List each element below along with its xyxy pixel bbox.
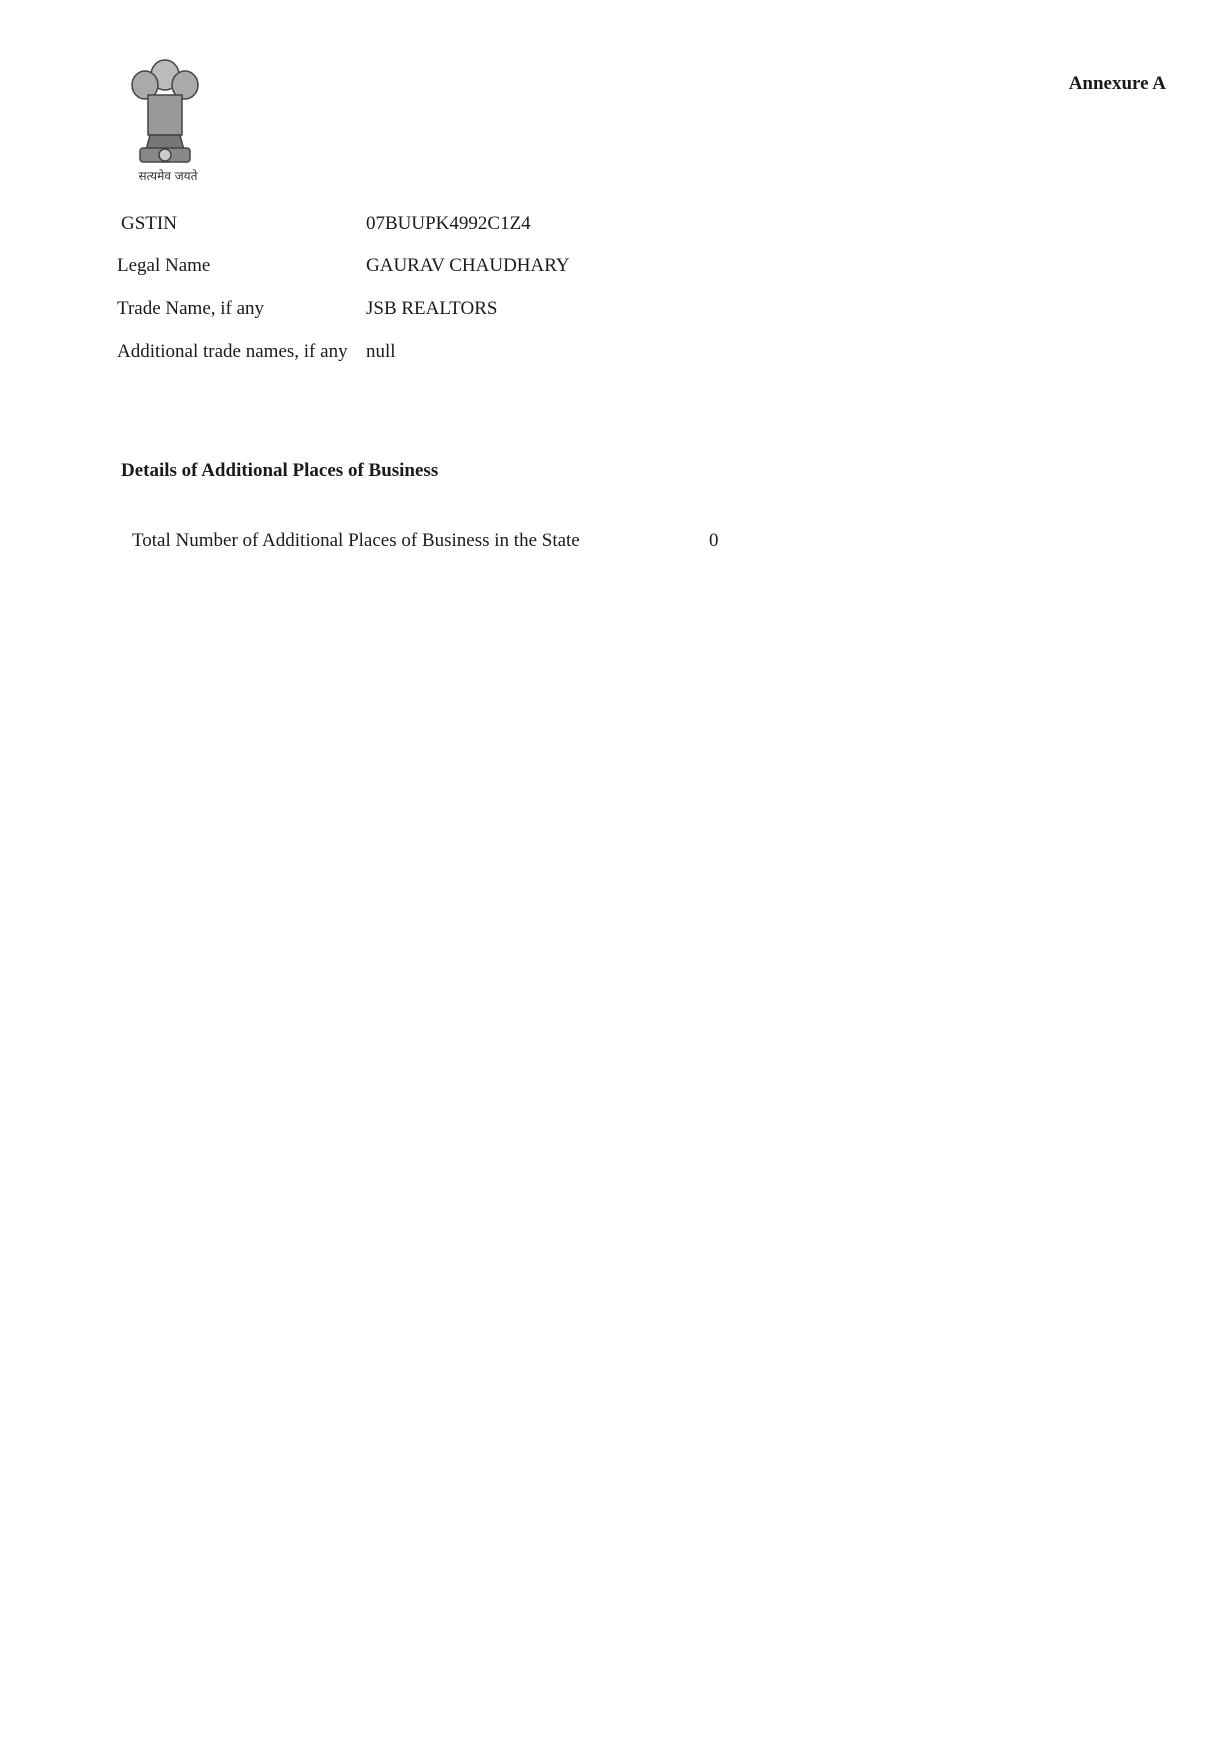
additional-places-count-value: 0 [709,530,719,552]
emblem-motto: सत्यमेव जयते [128,167,208,184]
legal-name-label: Legal Name [117,255,357,277]
gstin-label: GSTIN [121,213,361,235]
gstin-value: 07BUUPK4992C1Z4 [366,213,531,235]
trade-name-value: JSB REALTORS [366,298,497,320]
additional-trade-names-label: Additional trade names, if any [117,341,357,363]
section-title: Details of Additional Places of Business [121,460,438,482]
legal-name-value: GAURAV CHAUDHARY [366,255,570,277]
trade-name-label: Trade Name, if any [117,298,357,320]
additional-places-count-label: Total Number of Additional Places of Bus… [132,530,580,552]
additional-trade-names-value: null [366,341,396,363]
annexure-label: Annexure A [1069,73,1166,95]
